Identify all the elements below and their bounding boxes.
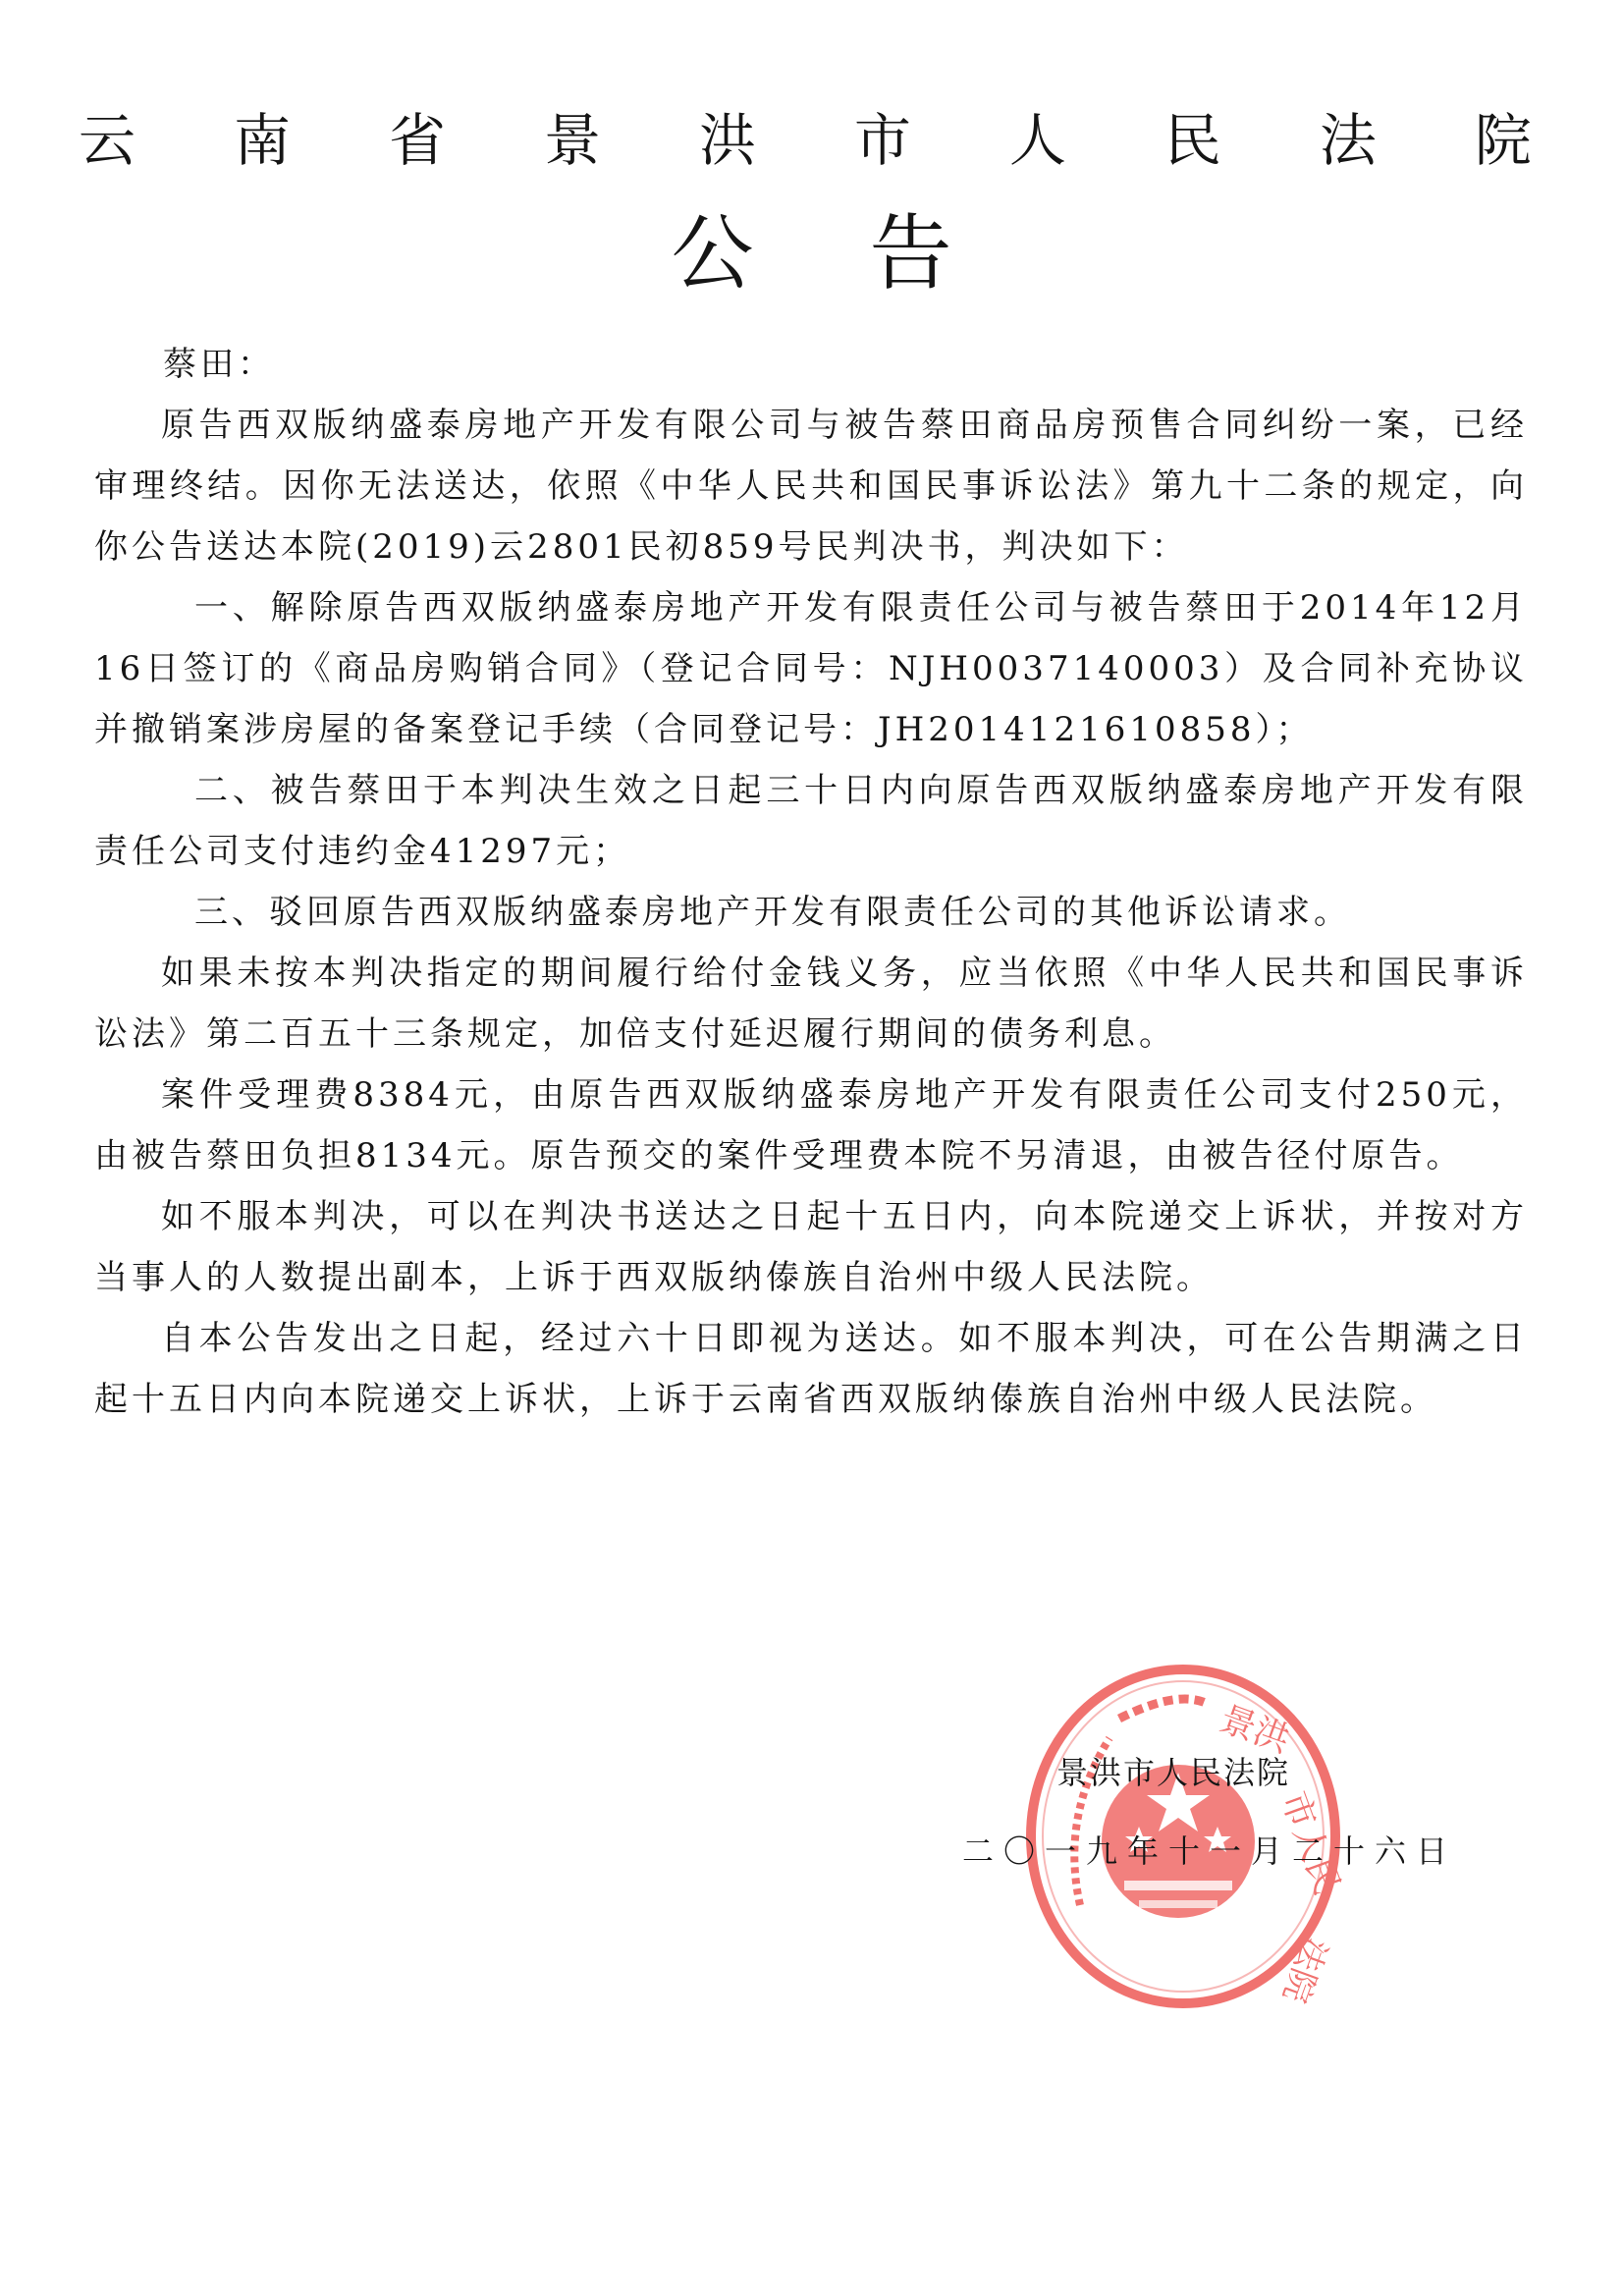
doc-title-char: 告 [870,204,952,302]
court-title: 云 南 省 景 洪 市 人 民 法 院 [79,106,1532,175]
court-title-char: 院 [1475,106,1532,175]
judgment-item-2: 二、被告蔡田于本判决生效之日起三十日内向原告西双版纳盛泰房地产开发有限责任公司支… [94,760,1528,882]
paragraph-appeal: 如不服本判决，可以在判决书送达之日起十五日内，向本院递交上诉状，并按对方当事人的… [94,1186,1528,1308]
paragraph-service: 自本公告发出之日起，经过六十日即视为送达。如不服本判决，可在公告期满之日起十五日… [94,1308,1528,1430]
court-title-char: 景 [544,106,601,175]
court-title-char: 法 [1320,106,1377,175]
court-title-char: 省 [389,106,446,175]
court-title-char: 民 [1164,106,1221,175]
document-title: 公 告 [0,204,1623,302]
signature-court: 景洪市人民法院 [1056,1738,1290,1807]
svg-text:法院: 法院 [1274,1932,1334,2008]
court-title-char: 洪 [699,106,756,175]
judgment-item-1: 一、解除原告西双版纳盛泰房地产开发有限责任公司与被告蔡田于2014年12月16日… [94,577,1528,760]
judgment-item-3: 三、驳回原告西双版纳盛泰房地产开发有限责任公司的其他诉讼请求。 [94,882,1528,943]
court-title-char: 南 [234,106,291,175]
notice-body: 蔡田： 原告西双版纳盛泰房地产开发有限公司与被告蔡田商品房预售合同纠纷一案，已经… [94,334,1528,1430]
court-title-char: 云 [79,106,135,175]
addressee: 蔡田： [94,334,1528,395]
signature-date: 二〇一九年十一月二十六日 [962,1817,1457,1886]
paragraph-intro: 原告西双版纳盛泰房地产开发有限公司与被告蔡田商品房预售合同纠纷一案，已经审理终结… [94,395,1528,577]
paragraph-interest: 如果未按本判决指定的期间履行给付金钱义务，应当依照《中华人民共和国民事诉讼法》第… [94,943,1528,1065]
court-title-char: 市 [854,106,911,175]
court-title-char: 人 [1009,106,1066,175]
doc-title-char: 公 [671,204,753,302]
paragraph-fees: 案件受理费8384元，由原告西双版纳盛泰房地产开发有限责任公司支付250元，由被… [94,1065,1528,1186]
